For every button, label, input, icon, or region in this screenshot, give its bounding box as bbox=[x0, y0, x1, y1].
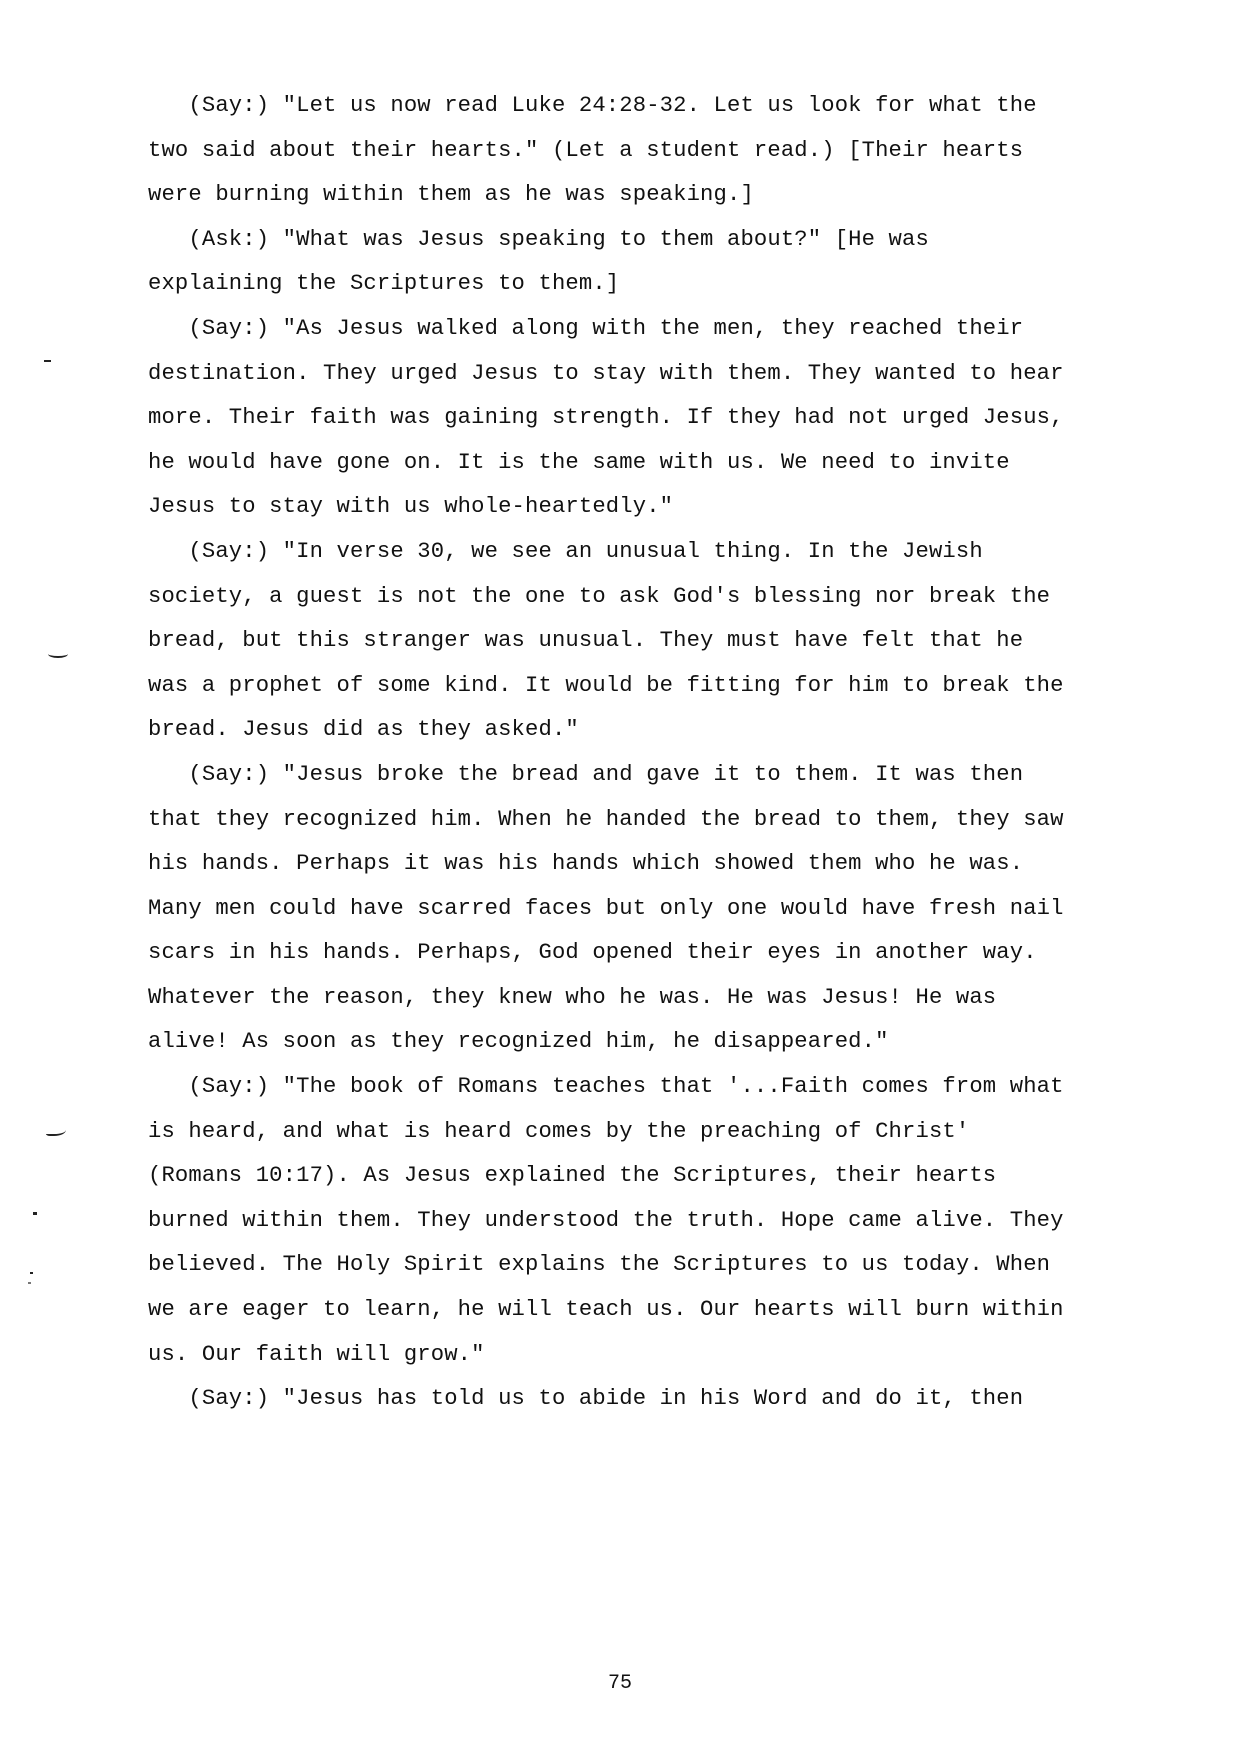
margin-mark bbox=[30, 1272, 33, 1274]
text-line: alive! As soon as they recognized him, h… bbox=[148, 1020, 1178, 1065]
text-line: was a prophet of some kind. It would be … bbox=[148, 664, 1178, 709]
text-line: Many men could have scarred faces but on… bbox=[148, 887, 1178, 932]
text-line: his hands. Perhaps it was his hands whic… bbox=[148, 842, 1178, 887]
text-line: society, a guest is not the one to ask G… bbox=[148, 575, 1178, 620]
body-text: (Say:) "Let us now read Luke 24:28-32. L… bbox=[148, 84, 1178, 1422]
text-line: burned within them. They understood the … bbox=[148, 1199, 1178, 1244]
text-line: destination. They urged Jesus to stay wi… bbox=[148, 352, 1178, 397]
text-line: (Say:) "The book of Romans teaches that … bbox=[148, 1065, 1178, 1110]
text-line: were burning within them as he was speak… bbox=[148, 173, 1178, 218]
text-line: (Romans 10:17). As Jesus explained the S… bbox=[148, 1154, 1178, 1199]
text-line: us. Our faith will grow." bbox=[148, 1333, 1178, 1378]
text-line: (Say:) "Jesus has told us to abide in hi… bbox=[148, 1377, 1178, 1422]
text-line: (Say:) "Let us now read Luke 24:28-32. L… bbox=[148, 84, 1178, 129]
text-line: (Say:) "In verse 30, we see an unusual t… bbox=[148, 530, 1178, 575]
text-line: bread, but this stranger was unusual. Th… bbox=[148, 619, 1178, 664]
text-line: he would have gone on. It is the same wi… bbox=[148, 441, 1178, 486]
margin-mark bbox=[48, 650, 68, 658]
text-line: (Say:) "As Jesus walked along with the m… bbox=[148, 307, 1178, 352]
text-line: two said about their hearts." (Let a stu… bbox=[148, 129, 1178, 174]
text-line: bread. Jesus did as they asked." bbox=[148, 708, 1178, 753]
page-number: 75 bbox=[0, 1672, 1240, 1695]
text-line: explaining the Scriptures to them.] bbox=[148, 262, 1178, 307]
text-line: Jesus to stay with us whole-heartedly." bbox=[148, 485, 1178, 530]
margin-mark bbox=[46, 1126, 66, 1136]
text-line: scars in his hands. Perhaps, God opened … bbox=[148, 931, 1178, 976]
text-line: we are eager to learn, he will teach us.… bbox=[148, 1288, 1178, 1333]
text-line: that they recognized him. When he handed… bbox=[148, 798, 1178, 843]
text-line: (Ask:) "What was Jesus speaking to them … bbox=[148, 218, 1178, 263]
text-line: believed. The Holy Spirit explains the S… bbox=[148, 1243, 1178, 1288]
margin-mark bbox=[28, 1282, 31, 1284]
text-line: more. Their faith was gaining strength. … bbox=[148, 396, 1178, 441]
text-line: (Say:) "Jesus broke the bread and gave i… bbox=[148, 753, 1178, 798]
text-line: Whatever the reason, they knew who he wa… bbox=[148, 976, 1178, 1021]
margin-mark bbox=[44, 360, 51, 362]
margin-mark bbox=[33, 1212, 37, 1215]
text-line: is heard, and what is heard comes by the… bbox=[148, 1110, 1178, 1155]
document-page: (Say:) "Let us now read Luke 24:28-32. L… bbox=[0, 0, 1240, 1753]
